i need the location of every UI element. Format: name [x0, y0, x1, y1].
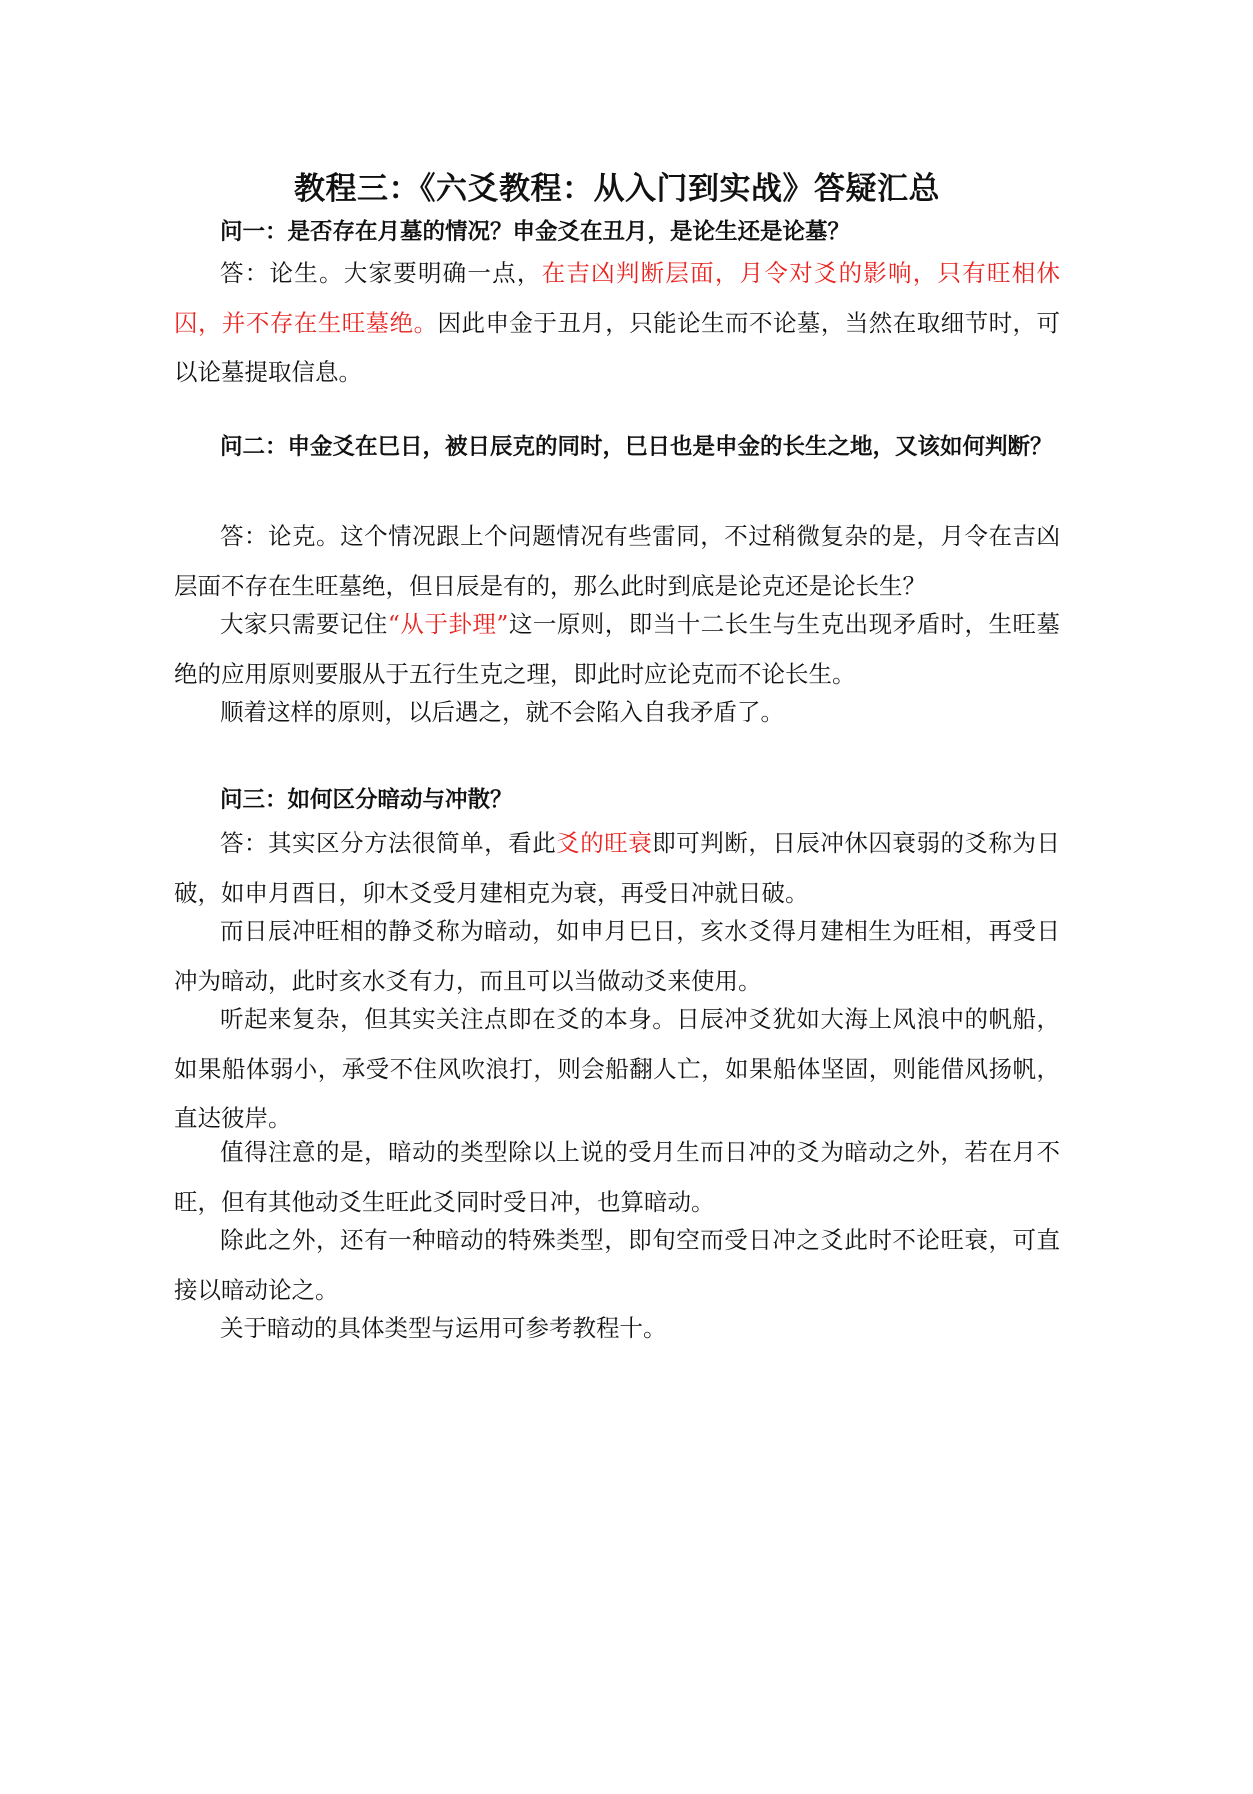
page-title: 教程三：《六爻教程：从入门到实战》答疑汇总 [174, 169, 1060, 209]
question-2: 问二：申金爻在巳日，被日辰克的同时，巳日也是申金的长生之地，又该如何判断？ [174, 423, 1060, 473]
answer-text: 答：其实区分方法很简单，看此 [220, 829, 556, 857]
answer-3-paragraph-1: 答：其实区分方法很简单，看此爻的旺衰即可判断，日辰冲休囚衰弱的爻称为日破，如申月… [174, 819, 1060, 918]
answer-3-paragraph-6: 关于暗动的具体类型与运用可参考教程十。 [174, 1304, 1060, 1354]
answer-text: 答：论生。大家要明确一点， [220, 259, 542, 287]
answer-1-paragraph-1: 答：论生。大家要明确一点，在吉凶判断层面，月令对爻的影响，只有旺相休囚，并不存在… [174, 249, 1060, 398]
answer-3-paragraph-4: 值得注意的是，暗动的类型除以上说的受月生而日冲的爻为暗动之外，若在月不旺，但有其… [174, 1128, 1060, 1227]
highlighted-text: “从于卦理” [388, 610, 508, 638]
answer-2-paragraph-3: 顺着这样的原则，以后遇之，就不会陷入自我矛盾了。 [174, 688, 1060, 738]
answer-3-paragraph-2: 而日辰冲旺相的静爻称为暗动，如申月巳日，亥水爻得月建相生为旺相，再受日冲为暗动，… [174, 907, 1060, 1006]
answer-3-paragraph-5: 除此之外，还有一种暗动的特殊类型，即旬空而受日冲之爻此时不论旺衰，可直接以暗动论… [174, 1216, 1060, 1315]
highlighted-text: 爻的旺衰 [556, 829, 652, 857]
answer-2-paragraph-2: 大家只需要记住“从于卦理”这一原则，即当十二长生与生克出现矛盾时，生旺墓绝的应用… [174, 600, 1060, 699]
answer-text: 大家只需要记住 [220, 610, 388, 638]
answer-3-paragraph-3: 听起来复杂，但其实关注点即在爻的本身。日辰冲爻犹如大海上风浪中的帆船，如果船体弱… [174, 995, 1060, 1144]
answer-2-paragraph-1: 答：论克。这个情况跟上个问题情况有些雷同，不过稍微复杂的是，月令在吉凶层面不存在… [174, 512, 1060, 611]
